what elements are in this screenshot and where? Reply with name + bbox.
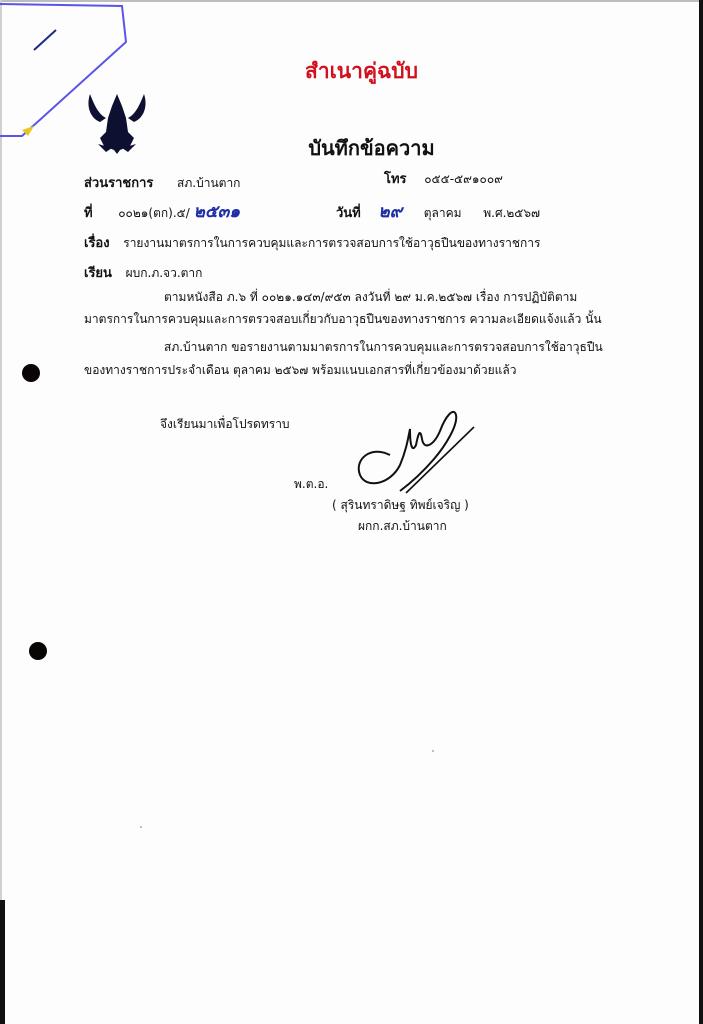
punch-hole-bottom xyxy=(29,642,47,660)
date-day-handwritten: ๒๙ xyxy=(378,202,402,222)
subject-row: เรื่อง รายงานมาตรการในการควบคุมและการตรว… xyxy=(84,232,540,253)
subject-value: รายงานมาตรการในการควบคุมและการตรวจสอบการ… xyxy=(123,236,540,250)
date-row: วันที่ ๒๙ ตุลาคม พ.ศ.๒๕๖๗ xyxy=(336,198,540,225)
phone-value: ๐๕๕-๕๙๑๐๐๙ xyxy=(424,172,503,186)
page-shadow-left-bottom xyxy=(0,900,5,1024)
paragraph2-line1: สภ.บ้านตาก ขอรายงานตามมาตรการในการควบคุม… xyxy=(164,338,603,357)
signature-icon xyxy=(350,405,480,495)
signer-name: ( สุรินทราดิษฐ ทิพย์เจริญ ) xyxy=(332,496,469,515)
department-row: ส่วนราชการ สภ.บ้านตาก xyxy=(84,172,240,193)
date-month: ตุลาคม xyxy=(424,206,462,220)
reference-prefix: ๐๐๒๑(ตก).๕/ xyxy=(118,206,190,220)
department-value: สภ.บ้านตาก xyxy=(177,176,240,190)
reference-label: ที่ xyxy=(84,206,93,221)
signer-rank: พ.ต.อ. xyxy=(294,475,328,494)
date-label: วันที่ xyxy=(336,206,361,221)
subject-label: เรื่อง xyxy=(84,236,110,251)
memo-title: บันทึกข้อความ xyxy=(0,132,703,164)
closing-text: จึงเรียนมาเพื่อโปรดทราบ xyxy=(160,415,290,434)
copy-stamp: สำเนาคู่ฉบับ xyxy=(0,55,703,88)
scan-speck xyxy=(432,750,434,752)
date-year: พ.ศ.๒๕๖๗ xyxy=(483,206,540,220)
phone-label: โทร xyxy=(384,172,407,187)
phone-row: โทร ๐๕๕-๕๙๑๐๐๙ xyxy=(384,168,503,189)
to-row: เรียน ผบก.ภ.จว.ตาก xyxy=(84,262,202,283)
to-label: เรียน xyxy=(84,266,112,281)
scan-speck xyxy=(140,826,142,828)
to-value: ผบก.ภ.จว.ตาก xyxy=(126,266,203,280)
department-label: ส่วนราชการ xyxy=(84,176,153,191)
punch-hole-top xyxy=(22,364,40,382)
paragraph1-line2: มาตรการในการควบคุมและการตรวจสอบเกี่ยวกับ… xyxy=(84,310,602,329)
paragraph1-line1: ตามหนังสือ ภ.๖ ที่ ๐๐๒๑.๑๔๓/๙๕๓ ลงวันที่… xyxy=(164,288,577,307)
signer-position: ผกก.สภ.บ้านตาก xyxy=(358,517,447,536)
reference-number-handwritten: ๒๕๓๑ xyxy=(194,202,240,222)
reference-row: ที่ ๐๐๒๑(ตก).๕/ ๒๕๓๑ xyxy=(84,198,240,225)
paragraph2-line2: ของทางราชการประจำเดือน ตุลาคม ๒๕๖๗ พร้อม… xyxy=(84,361,517,380)
